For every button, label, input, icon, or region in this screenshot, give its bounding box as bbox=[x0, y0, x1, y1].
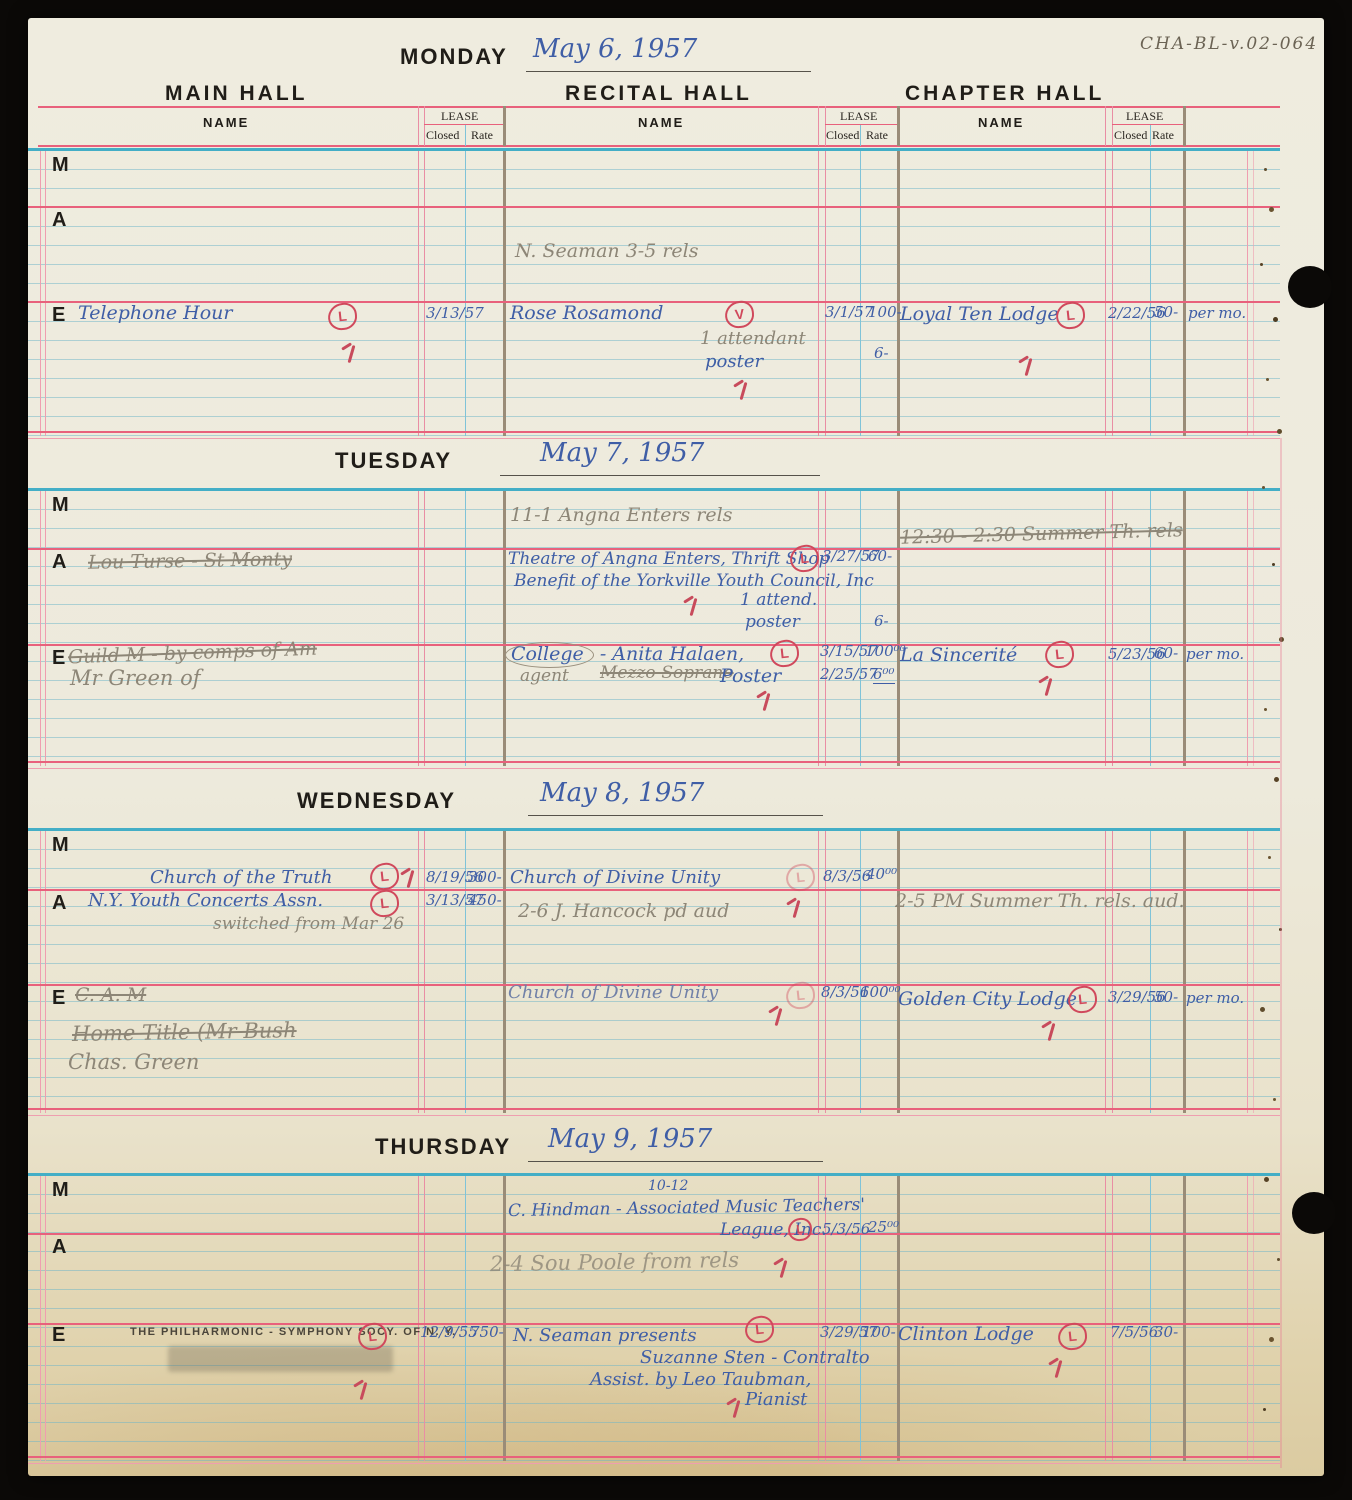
row-label-afternoon: A bbox=[52, 209, 66, 232]
dirt-speckles bbox=[1264, 168, 1267, 171]
day-title-tuesday: TUESDAY bbox=[335, 448, 452, 474]
row-label-morning: M bbox=[52, 494, 69, 517]
archival-code: CHA-BL-v.02-064 bbox=[1140, 34, 1318, 54]
wednesday-main-entry1-rate: 300- bbox=[468, 868, 502, 886]
monday-main-evening-lease-closed: 3/13/57 bbox=[426, 304, 484, 322]
tuesday-chapter-evening-rate-unit: per mo. bbox=[1186, 645, 1244, 663]
header-rule bbox=[1112, 124, 1183, 125]
day-date-thursday: May 9, 1957 bbox=[548, 1124, 712, 1154]
red-check-mark bbox=[775, 1258, 791, 1280]
header-lease-recital: LEASE bbox=[840, 109, 877, 124]
monday-recital-evening-lease-closed: 3/1/57 bbox=[825, 303, 873, 321]
tuesday-recital-evening-name-rest: - Anita Halaen, bbox=[600, 643, 744, 665]
wednesday-chapter-evening-rate: 50- bbox=[1154, 988, 1178, 1006]
thursday-recital-morning-rate: 25⁰⁰ bbox=[868, 1218, 899, 1236]
tuesday-recital-evening-lease-closed2: 2/25/57 bbox=[820, 665, 878, 683]
red-check-mark bbox=[1020, 356, 1036, 378]
header-closed-main: Closed bbox=[426, 128, 459, 143]
section-bottom-rule bbox=[28, 1108, 1280, 1116]
monday-recital-evening-attendant-note: 1 attendant bbox=[700, 328, 806, 349]
tuesday-recital-evening-poster-note: Poster bbox=[720, 665, 781, 687]
thursday-recital-morning-time: 10-12 bbox=[648, 1178, 688, 1194]
hall-title-recital: RECITAL HALL bbox=[565, 82, 752, 106]
header-rule bbox=[424, 106, 425, 146]
hall-title-main: MAIN HALL bbox=[165, 82, 307, 106]
header-rule bbox=[1150, 124, 1151, 146]
wednesday-main-entry1-name: Church of the Truth bbox=[150, 867, 332, 888]
row-label-evening: E bbox=[52, 1324, 65, 1347]
wednesday-recital-afternoon-note: 2-6 J. Hancock pd aud bbox=[518, 900, 729, 922]
tuesday-chapter-evening-rate: 60- bbox=[1154, 644, 1178, 662]
row-label-evening: E bbox=[52, 647, 65, 670]
section-bottom-rule bbox=[28, 761, 1280, 769]
header-rate-main: Rate bbox=[471, 128, 493, 143]
thursday-recital-evening-name3: Assist. by Leo Taubman, bbox=[590, 1369, 811, 1390]
monday-recital-evening-poster-note: poster bbox=[705, 351, 763, 372]
row-label-afternoon: A bbox=[52, 892, 66, 915]
tuesday-recital-afternoon-name1: Theatre of Angna Enters, Thrift Shop bbox=[508, 549, 829, 569]
date-underline bbox=[500, 474, 820, 476]
row-label-afternoon: A bbox=[52, 551, 66, 574]
philharmonic-stamp: THE PHILHARMONIC - SYMPHONY SOCY. OF N. … bbox=[130, 1326, 457, 1338]
header-closed-recital: Closed bbox=[826, 128, 859, 143]
wednesday-recital-afternoon-lease-closed: 8/3/56 bbox=[823, 867, 871, 885]
tuesday-recital-evening-agent-note: agent bbox=[520, 666, 569, 686]
monday-main-evening-name: Telephone Hour bbox=[78, 302, 232, 324]
red-check-mark bbox=[1043, 1021, 1059, 1043]
wednesday-chapter-afternoon-note: 2-5 PM Summer Th. rels. aud. bbox=[895, 890, 1185, 912]
header-rule bbox=[503, 106, 506, 146]
red-check-mark bbox=[788, 898, 804, 920]
hall-title-chapter: CHAPTER HALL bbox=[905, 82, 1104, 106]
header-bottom-line bbox=[38, 145, 1280, 147]
header-name-chapter: NAME bbox=[978, 115, 1024, 130]
monday-recital-evening-name: Rose Rosamond bbox=[510, 302, 663, 324]
row-label-evening: E bbox=[52, 304, 65, 327]
thursday-chapter-evening-lease-closed: 7/5/56 bbox=[1110, 1323, 1158, 1341]
thursday-recital-afternoon-note: 2-4 Sou Poole from rels bbox=[490, 1248, 739, 1276]
row-label-evening: E bbox=[52, 987, 65, 1010]
row-separator bbox=[28, 206, 1280, 208]
header-lease-main: LEASE bbox=[441, 109, 478, 124]
wednesday-chapter-evening-rate-unit: per mo. bbox=[1186, 989, 1244, 1007]
header-rule bbox=[418, 106, 419, 146]
pink-edge-stain bbox=[1280, 438, 1282, 1468]
header-rule bbox=[424, 124, 503, 125]
thursday-recital-morning-lease-closed: 5/3/56 bbox=[822, 1220, 870, 1238]
thursday-recital-evening-rate: 100- bbox=[862, 1323, 896, 1341]
monday-chapter-evening-rate-unit: per mo. bbox=[1188, 304, 1246, 322]
monday-grid bbox=[28, 148, 1280, 436]
header-rule bbox=[1105, 106, 1106, 146]
red-check-mark bbox=[728, 1398, 744, 1420]
header-closed-chapter: Closed bbox=[1114, 128, 1147, 143]
ledger-paper: CHA-BL-v.02-064 MONDAY May 6, 1957 MAIN … bbox=[28, 18, 1324, 1476]
header-rule bbox=[818, 106, 819, 146]
wednesday-main-entry2-rate: 450- bbox=[468, 891, 502, 909]
wednesday-recital-afternoon-rate: 40⁰⁰ bbox=[866, 865, 897, 883]
header-rate-chapter: Rate bbox=[1152, 128, 1174, 143]
monday-recital-evening-rate2: 6- bbox=[874, 344, 889, 362]
date-underline bbox=[528, 814, 823, 816]
header-name-main: NAME bbox=[203, 115, 249, 130]
header-rule bbox=[825, 124, 897, 125]
header-rule bbox=[465, 124, 466, 146]
wednesday-main-entry2-name: N.Y. Youth Concerts Assn. bbox=[88, 890, 323, 911]
tuesday-main-afternoon-cancelled: Lou Turse - St Monty bbox=[88, 548, 292, 574]
thursday-chapter-evening-name: Clinton Lodge bbox=[898, 1323, 1034, 1345]
red-check-mark bbox=[770, 1006, 786, 1028]
monday-chapter-evening-rate: 50- bbox=[1154, 303, 1178, 321]
header-rule bbox=[897, 106, 900, 146]
wednesday-main-evening-name3: Chas. Green bbox=[68, 1050, 199, 1074]
tuesday-recital-morning-note: 11-1 Angna Enters rels bbox=[510, 504, 732, 526]
date-underline bbox=[526, 70, 811, 72]
row-label-morning: M bbox=[52, 154, 69, 177]
day-title-monday: MONDAY bbox=[400, 44, 508, 70]
red-check-mark bbox=[758, 691, 774, 713]
pencil-circle: College bbox=[505, 642, 594, 668]
day-date-monday: May 6, 1957 bbox=[533, 34, 697, 64]
thursday-recital-evening-name4: Pianist bbox=[745, 1389, 807, 1410]
red-check-mark bbox=[343, 343, 359, 365]
header-top-line bbox=[38, 106, 1280, 108]
wednesday-recital-evening-name: Church of Divine Unity bbox=[508, 982, 718, 1003]
thursday-chapter-evening-rate: 30- bbox=[1154, 1323, 1178, 1341]
tuesday-chapter-evening-name: La Sincerité bbox=[900, 644, 1017, 666]
header-rule bbox=[860, 124, 861, 146]
day-title-thursday: THURSDAY bbox=[375, 1134, 511, 1160]
tuesday-recital-afternoon-poster-note: poster bbox=[745, 612, 800, 632]
row-separator bbox=[28, 1233, 1280, 1235]
red-check-mark bbox=[1050, 1358, 1066, 1380]
thursday-recital-evening-name2: Suzanne Sten - Contralto bbox=[640, 1347, 870, 1368]
wednesday-chapter-evening-name: Golden City Lodge bbox=[898, 988, 1077, 1010]
tuesday-main-evening-name2: Mr Green of bbox=[70, 666, 201, 690]
thursday-main-evening-rate: 750- bbox=[470, 1323, 504, 1341]
tuesday-recital-afternoon-attend-note: 1 attend. bbox=[740, 590, 817, 610]
header-lease-chapter: LEASE bbox=[1126, 109, 1163, 124]
date-underline bbox=[528, 1160, 823, 1162]
monday-recital-evening-rate: 100- bbox=[868, 303, 902, 321]
wednesday-main-switched-note: switched from Mar 26 bbox=[213, 914, 404, 934]
wednesday-recital-afternoon-name: Church of Divine Unity bbox=[510, 867, 720, 888]
red-check-mark bbox=[685, 596, 701, 618]
punch-hole-bottom bbox=[1292, 1192, 1336, 1234]
red-check-mark bbox=[735, 380, 751, 402]
tuesday-recital-afternoon-name2: Benefit of the Yorkville Youth Council, … bbox=[514, 571, 874, 591]
day-title-wednesday: WEDNESDAY bbox=[297, 788, 456, 814]
day-date-tuesday: May 7, 1957 bbox=[540, 438, 704, 468]
wednesday-main-evening-cancelled1: C. A. M bbox=[75, 984, 146, 1006]
tuesday-recital-evening-name: College - Anita Halaen, bbox=[510, 643, 744, 665]
header-rule bbox=[1112, 106, 1113, 146]
punch-hole-top bbox=[1288, 266, 1332, 308]
row-label-morning: M bbox=[52, 834, 69, 857]
tuesday-recital-afternoon-rate2: 6- bbox=[874, 612, 889, 630]
tuesday-recital-afternoon-rate: 60- bbox=[868, 547, 892, 565]
red-check-mark bbox=[1040, 676, 1056, 698]
header-name-recital: NAME bbox=[638, 115, 684, 130]
wednesday-recital-evening-rate: 100⁰⁰ bbox=[860, 983, 901, 1001]
wednesday-main-evening-cancelled2: Home Title (Mr Bush bbox=[72, 1018, 297, 1046]
section-bottom-rule bbox=[28, 1456, 1280, 1464]
header-rate-recital: Rate bbox=[866, 128, 888, 143]
day-date-wednesday: May 8, 1957 bbox=[540, 778, 704, 808]
red-check-mark bbox=[402, 868, 418, 890]
monday-chapter-evening-name: Loyal Ten Lodge bbox=[900, 303, 1059, 325]
monday-recital-afternoon-note: N. Seaman 3-5 rels bbox=[515, 240, 699, 262]
scanned-ledger-page: { "archival_code": "CHA-BL-v.02-064", "h… bbox=[0, 0, 1352, 1500]
header-rule bbox=[1183, 106, 1186, 146]
tuesday-recital-evening-rate2: 6⁰⁰ bbox=[873, 665, 895, 684]
row-label-morning: M bbox=[52, 1179, 69, 1202]
row-label-afternoon: A bbox=[52, 1236, 66, 1259]
tuesday-recital-evening-cancelled: Mezzo-Soprano bbox=[600, 663, 734, 683]
thursday-recital-evening-name1: N. Seaman presents bbox=[513, 1325, 697, 1346]
red-check-mark bbox=[355, 1380, 371, 1402]
faded-stamp-smudge bbox=[168, 1346, 393, 1372]
